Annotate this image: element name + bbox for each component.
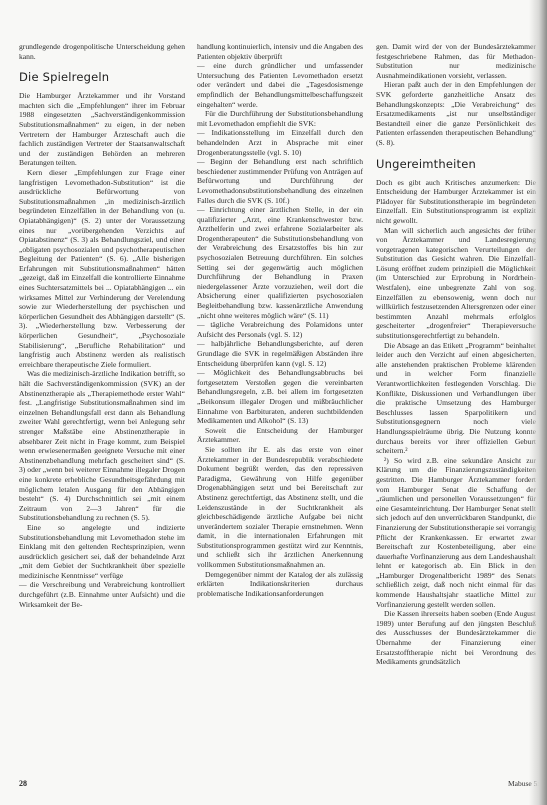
scan-edge-shadow	[529, 0, 547, 805]
paragraph: Man will sicherlich auch angesichts der …	[376, 226, 536, 341]
paragraph: Was die medizinisch-ärztliche Indikation…	[19, 369, 185, 523]
paragraph: handlung kontinuierlich, intensiv und di…	[197, 42, 363, 61]
paragraph: Demgegenüber nimmt der Katalog der als z…	[197, 570, 363, 599]
page-number: 28	[19, 779, 27, 788]
list-item: — Beginn der Behandlung erst nach schrif…	[197, 157, 363, 205]
paragraph: Doch es gibt auch Kritisches anzumerken:…	[376, 178, 536, 226]
paragraph: Soweit die Entscheidung der Hamburger Är…	[197, 426, 363, 445]
paragraph: Für die Durchführung der Substitutionsbe…	[197, 109, 363, 128]
paragraph: Eine so angelegte und indizierte Substit…	[19, 523, 185, 581]
list-item: — Möglichkeit des Behandlungsabbruchs be…	[197, 368, 363, 426]
list-item: — Einrichtung einer ärztlichen Stelle, i…	[197, 205, 363, 320]
list-item: — tägliche Verabreichung des Polamidons …	[197, 320, 363, 339]
paragraph: Die Hamburger Ärztekammer und ihr Vorsta…	[19, 91, 185, 168]
text-column-3: gen. Damit wird der von der Bundesärztek…	[376, 42, 536, 667]
paragraph: Kern dieser „Empfehlungen zur Frage eine…	[19, 168, 185, 369]
footnote: ²) So wird z.B. eine sekundäre Ansicht z…	[376, 456, 536, 610]
magazine-page: grundlegende drogenpolitische Unterschei…	[0, 0, 547, 805]
list-item: — die Verschreibung und Verabreichung ko…	[19, 580, 185, 609]
section-heading-spielregeln: Die Spielregeln	[19, 70, 185, 84]
paragraph: gen. Damit wird der von der Bundesärztek…	[376, 42, 536, 80]
list-item: — halbjährliche Behandlungsberichte, auf…	[197, 339, 363, 368]
list-item: — Indikationsstellung im Einzelfall durc…	[197, 128, 363, 157]
section-heading-ungereimtheiten: Ungereimtheiten	[376, 157, 536, 171]
paragraph: Die Kassen ihrerseits haben soeben (Ende…	[376, 609, 536, 667]
intro-paragraph: grundlegende drogenpolitische Unterschei…	[19, 42, 185, 61]
paragraph: Hieran paßt auch der in den Empfehlungen…	[376, 80, 536, 147]
paragraph: Die Absage an das Etikett „Programm“ bei…	[376, 341, 536, 456]
paragraph: Sie sollten ihr E. als das erste von ein…	[197, 445, 363, 570]
text-column-1: grundlegende drogenpolitische Unterschei…	[19, 42, 185, 609]
text-column-2: handlung kontinuierlich, intensiv und di…	[197, 42, 363, 598]
list-item: — eine durch gründlicher und umfassender…	[197, 61, 363, 109]
